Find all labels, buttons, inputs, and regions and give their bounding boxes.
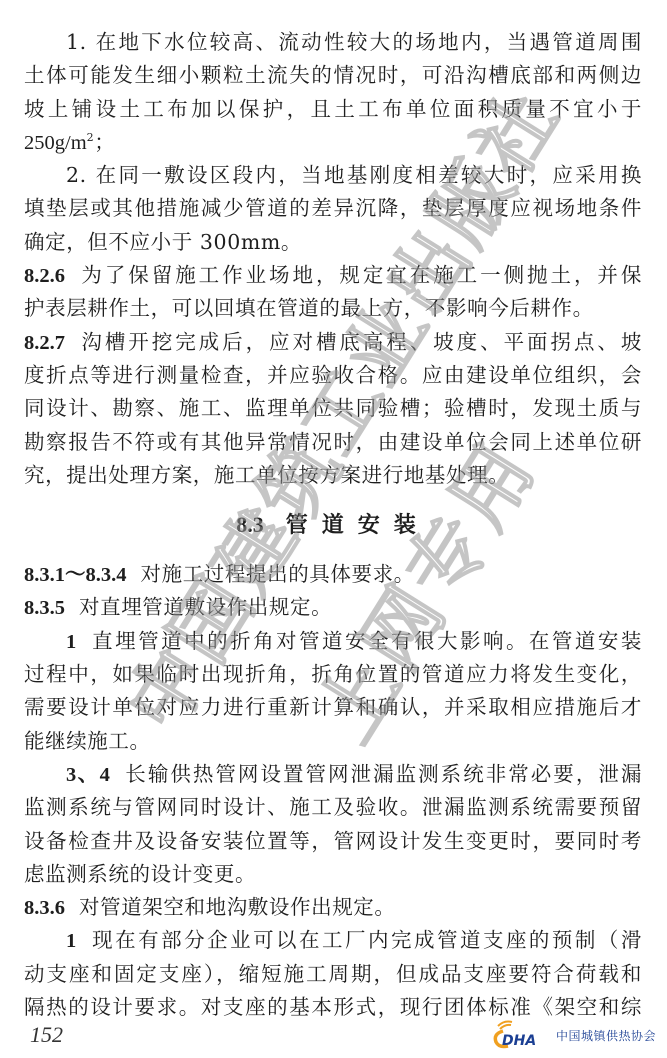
item-number: 1 — [66, 930, 76, 952]
clause-8-3-6: 8.3.6对管道架空和地沟敷设作出规定。 — [24, 891, 642, 924]
text-line: 护表层耕作土，可以回填在管道的最上方，不影响今后耕作。 — [24, 292, 642, 325]
svg-text:DHA: DHA — [502, 1033, 536, 1049]
section-heading: 8.3管道安装 — [24, 492, 642, 558]
text-line: 1直埋管道中的折角对管道安全有很大影响。在管道安装 — [24, 625, 642, 658]
text-line: 动支座和固定支座），缩短施工周期，但成品支座要符合荷载和 — [24, 958, 642, 991]
association-logo: DHA 中国城镇供热协会 — [490, 1020, 656, 1050]
punctuation: ； — [94, 130, 115, 154]
text-line: 过程中，如果临时出现折角，折角位置的管道应力将发生变化， — [24, 658, 642, 691]
unit-value: 250g/m — [24, 132, 87, 154]
page-footer: 152 DHA 中国城镇供热协会 — [0, 1018, 667, 1058]
text-line: 能继续施工。 — [24, 725, 642, 758]
text-line: 1. 在地下水位较高、流动性较大的场地内，当遇管道周围 — [24, 26, 642, 59]
text-line: 监测系统与管网同时设计、施工及验收。泄漏监测系统需要预留 — [24, 791, 642, 824]
page-number: 152 — [30, 1022, 63, 1048]
text-line: 8.2.6为了保留施工作业场地，规定宜在施工一侧抛土，并保 — [24, 259, 642, 292]
item-number: 3、4 — [66, 764, 110, 786]
clause-number: 8.2.6 — [24, 265, 65, 287]
clause-number: 8.3.1～8.3.4 — [24, 564, 127, 586]
text-line: 2. 在同一敷设区段内，当地基刚度相差较大时，应采用换 — [24, 159, 642, 192]
dha-logo-icon: DHA — [490, 1020, 550, 1050]
clause-number: 8.3.5 — [24, 597, 65, 619]
logo-org-name: 中国城镇供热协会 — [556, 1027, 656, 1044]
text-line: 同设计、勘察、施工、监理单位共同验槽；验槽时，发现土质与 — [24, 392, 642, 425]
item-text: 现在有部分企业可以在工厂内完成管道支座的预制（滑 — [90, 928, 642, 952]
text-line: 8.2.7沟槽开挖完成后，应对槽底高程、坡度、平面拐点、坡 — [24, 326, 642, 359]
clause-text: 为了保留施工作业场地，规定宜在施工一侧抛土，并保 — [79, 263, 642, 287]
text-line: 虑监测系统的设计变更。 — [24, 858, 642, 891]
clause-text: 对施工过程提出的具体要求。 — [141, 562, 415, 586]
clause-text: 对管道架空和地沟敷设作出规定。 — [79, 895, 396, 919]
clause-8-3-5: 8.3.5对直埋管道敷设作出规定。 — [24, 591, 642, 624]
document-page: 1. 在地下水位较高、流动性较大的场地内，当遇管道周围 土体可能发生细小颗粒土流… — [24, 26, 642, 1024]
item-text: 直埋管道中的折角对管道安全有很大影响。在管道安装 — [90, 629, 642, 653]
item-number: 1 — [66, 631, 76, 653]
text-line: 需要设计单位对应力进行重新计算和确认，并采取相应措施后才 — [24, 691, 642, 724]
clause-number: 8.2.7 — [24, 332, 65, 354]
clause-8-3-5-item-1: 1直埋管道中的折角对管道安全有很大影响。在管道安装 过程中，如果临时出现折角，折… — [24, 625, 642, 758]
clause-8-3-5-item-3-4: 3、4长输供热管网设置管网泄漏监测系统非常必要，泄漏 监测系统与管网同时设计、施… — [24, 758, 642, 891]
text-line: 1现在有部分企业可以在工厂内完成管道支座的预制（滑 — [24, 924, 642, 957]
text-line: 设备检查井及设备安装位置等，管网设计发生变更时，要同时考 — [24, 825, 642, 858]
text-line: 3、4长输供热管网设置管网泄漏监测系统非常必要，泄漏 — [24, 758, 642, 791]
clause-text: 对直埋管道敷设作出规定。 — [79, 595, 332, 619]
text-line: 度折点等进行测量检查，并应验收合格。应由建设单位组织，会 — [24, 359, 642, 392]
list-item-1: 1. 在地下水位较高、流动性较大的场地内，当遇管道周围 土体可能发生细小颗粒土流… — [24, 26, 642, 159]
text-line: 土体可能发生细小颗粒土流失的情况时，可沿沟槽底部和两侧边 — [24, 59, 642, 92]
text-line: 250g/m2； — [24, 126, 642, 159]
section-number: 8.3 — [236, 512, 264, 537]
clause-8-2-7: 8.2.7沟槽开挖完成后，应对槽底高程、坡度、平面拐点、坡 度折点等进行测量检查… — [24, 326, 642, 492]
text-line: 坡上铺设土工布加以保护，且土工布单位面积质量不宜小于 — [24, 93, 642, 126]
text-line: 究，提出处理方案，施工单位按方案进行地基处理。 — [24, 459, 642, 492]
clause-8-2-6: 8.2.6为了保留施工作业场地，规定宜在施工一侧抛土，并保 护表层耕作土，可以回… — [24, 259, 642, 326]
clause-number: 8.3.6 — [24, 897, 65, 919]
list-item-2: 2. 在同一敷设区段内，当地基刚度相差较大时，应采用换 填垫层或其他措施减少管道… — [24, 159, 642, 259]
clause-text: 沟槽开挖完成后，应对槽底高程、坡度、平面拐点、坡 — [79, 330, 642, 354]
text-line: 勘察报告不符或有其他异常情况时，由建设单位会同上述单位研 — [24, 426, 642, 459]
section-title: 管道安装 — [286, 512, 430, 538]
item-text: 长输供热管网设置管网泄漏监测系统非常必要，泄漏 — [124, 762, 642, 786]
clause-8-3-1-to-8-3-4: 8.3.1～8.3.4对施工过程提出的具体要求。 — [24, 558, 642, 591]
clause-8-3-6-item-1: 1现在有部分企业可以在工厂内完成管道支座的预制（滑 动支座和固定支座），缩短施工… — [24, 924, 642, 1024]
text-line: 确定，但不应小于 300mm。 — [24, 226, 642, 259]
text-line: 填垫层或其他措施减少管道的差异沉降，垫层厚度应视场地条件 — [24, 192, 642, 225]
